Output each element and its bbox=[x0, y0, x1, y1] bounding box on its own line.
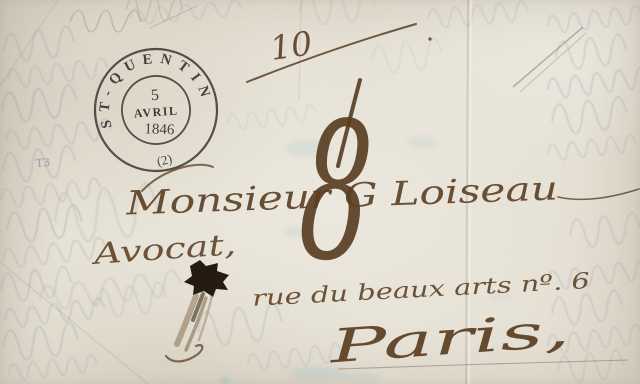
stain bbox=[340, 373, 380, 383]
letter-artwork: T3 ST-QUENTIN (2) 5 AVRIL 1846 10 bbox=[0, 0, 640, 384]
stain bbox=[219, 378, 231, 384]
ink-dot bbox=[428, 37, 431, 40]
pencil-mark-t3: T3 bbox=[35, 156, 50, 170]
rate-ten: 10 bbox=[268, 23, 315, 67]
letter-cover: T3 ST-QUENTIN (2) 5 AVRIL 1846 10 bbox=[0, 0, 640, 384]
stain bbox=[407, 136, 437, 148]
postmark-year: 1846 bbox=[144, 121, 175, 138]
postmark-day: 5 bbox=[150, 87, 159, 105]
